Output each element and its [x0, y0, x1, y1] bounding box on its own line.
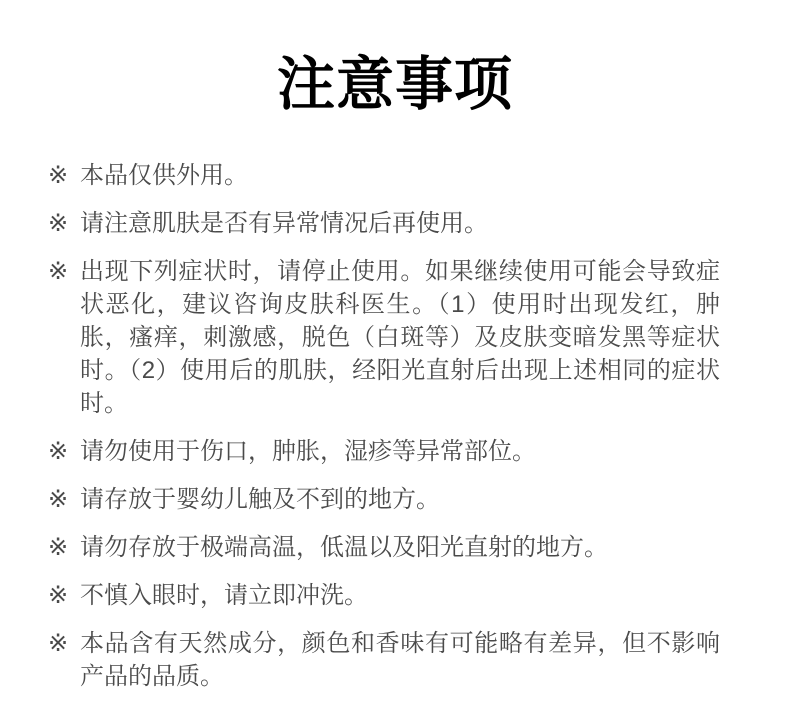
note-item: ※请存放于婴幼儿触及不到的地方。	[48, 483, 720, 516]
note-text: 请存放于婴幼儿触及不到的地方。	[80, 483, 720, 516]
reference-mark-icon: ※	[48, 207, 80, 240]
notes-list: ※本品仅供外用。※请注意肌肤是否有异常情况后再使用。※出现下列症状时，请停止使用…	[0, 159, 790, 693]
note-item: ※出现下列症状时，请停止使用。如果继续使用可能会导致症状恶化，建议咨询皮肤科医生…	[48, 255, 720, 420]
note-item: ※本品仅供外用。	[48, 159, 720, 192]
note-text: 出现下列症状时，请停止使用。如果继续使用可能会导致症状恶化，建议咨询皮肤科医生。…	[80, 255, 720, 420]
precautions-section: 注意事项 ※本品仅供外用。※请注意肌肤是否有异常情况后再使用。※出现下列症状时，…	[0, 0, 790, 704]
note-text: 不慎入眼时，请立即冲洗。	[80, 579, 720, 612]
reference-mark-icon: ※	[48, 579, 80, 612]
reference-mark-icon: ※	[48, 627, 80, 660]
reference-mark-icon: ※	[48, 483, 80, 516]
reference-mark-icon: ※	[48, 159, 80, 192]
note-text: 本品仅供外用。	[80, 159, 720, 192]
note-text: 本品含有天然成分，颜色和香味有可能略有差异，但不影响产品的品质。	[80, 627, 720, 693]
reference-mark-icon: ※	[48, 531, 80, 564]
note-item: ※本品含有天然成分，颜色和香味有可能略有差异，但不影响产品的品质。	[48, 627, 720, 693]
note-item: ※不慎入眼时，请立即冲洗。	[48, 579, 720, 612]
reference-mark-icon: ※	[48, 435, 80, 468]
page-title: 注意事项	[0, 0, 790, 120]
note-item: ※请勿使用于伤口，肿胀，湿疹等异常部位。	[48, 435, 720, 468]
note-item: ※请勿存放于极端高温，低温以及阳光直射的地方。	[48, 531, 720, 564]
note-item: ※请注意肌肤是否有异常情况后再使用。	[48, 207, 720, 240]
note-text: 请勿存放于极端高温，低温以及阳光直射的地方。	[80, 531, 720, 564]
note-text: 请勿使用于伤口，肿胀，湿疹等异常部位。	[80, 435, 720, 468]
note-text: 请注意肌肤是否有异常情况后再使用。	[80, 207, 720, 240]
reference-mark-icon: ※	[48, 255, 80, 288]
